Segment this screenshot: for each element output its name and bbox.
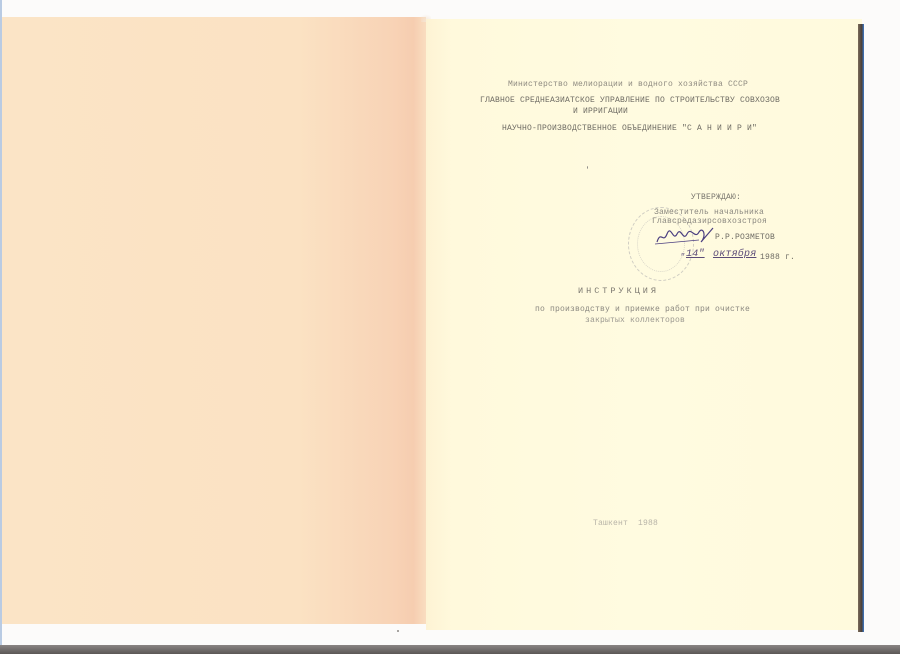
city: Ташкент <box>593 519 628 528</box>
approval-year: 1988 г. <box>760 253 795 263</box>
ministry-name: Министерство мелиорации и водного хозяйс… <box>508 80 748 90</box>
administration-name-line1: ГЛАВНОЕ СРЕДНЕАЗИАТСКОЕ УПРАВЛЕНИЕ ПО СТ… <box>480 96 780 106</box>
date-quote: " <box>680 253 685 263</box>
left-page-blank <box>2 17 426 624</box>
approver-name: Р.Р.РОЗМЕТОВ <box>715 233 775 243</box>
approval-heading: УТВЕРЖДАЮ: <box>691 193 741 203</box>
organization-name: НАУЧНО-ПРОИЗВОДСТВЕННОЕ ОБЪЕДИНЕНИЕ "С А… <box>502 124 757 134</box>
approval-month: октября <box>713 250 756 260</box>
administration-name-line2: И ИРРИГАЦИИ <box>573 107 628 117</box>
document-title: ИНСТРУКЦИЯ <box>578 286 659 296</box>
document-subtitle-line1: по производству и приемке работ при очис… <box>535 305 750 315</box>
document-subtitle-line2: закрытых коллекторов <box>585 316 685 326</box>
publication-year: 1988 <box>638 519 658 528</box>
scanner-bed-edge <box>0 645 900 654</box>
page-edge-shadow <box>858 24 864 632</box>
signature-icon <box>655 226 715 246</box>
dust-speck <box>397 630 399 632</box>
approval-day: 14" <box>686 250 705 260</box>
place-and-year: Ташкент1988 <box>593 519 658 529</box>
dust-speck <box>587 166 588 169</box>
approver-position-line2: Главсредазирсовхозстроя <box>652 217 767 227</box>
